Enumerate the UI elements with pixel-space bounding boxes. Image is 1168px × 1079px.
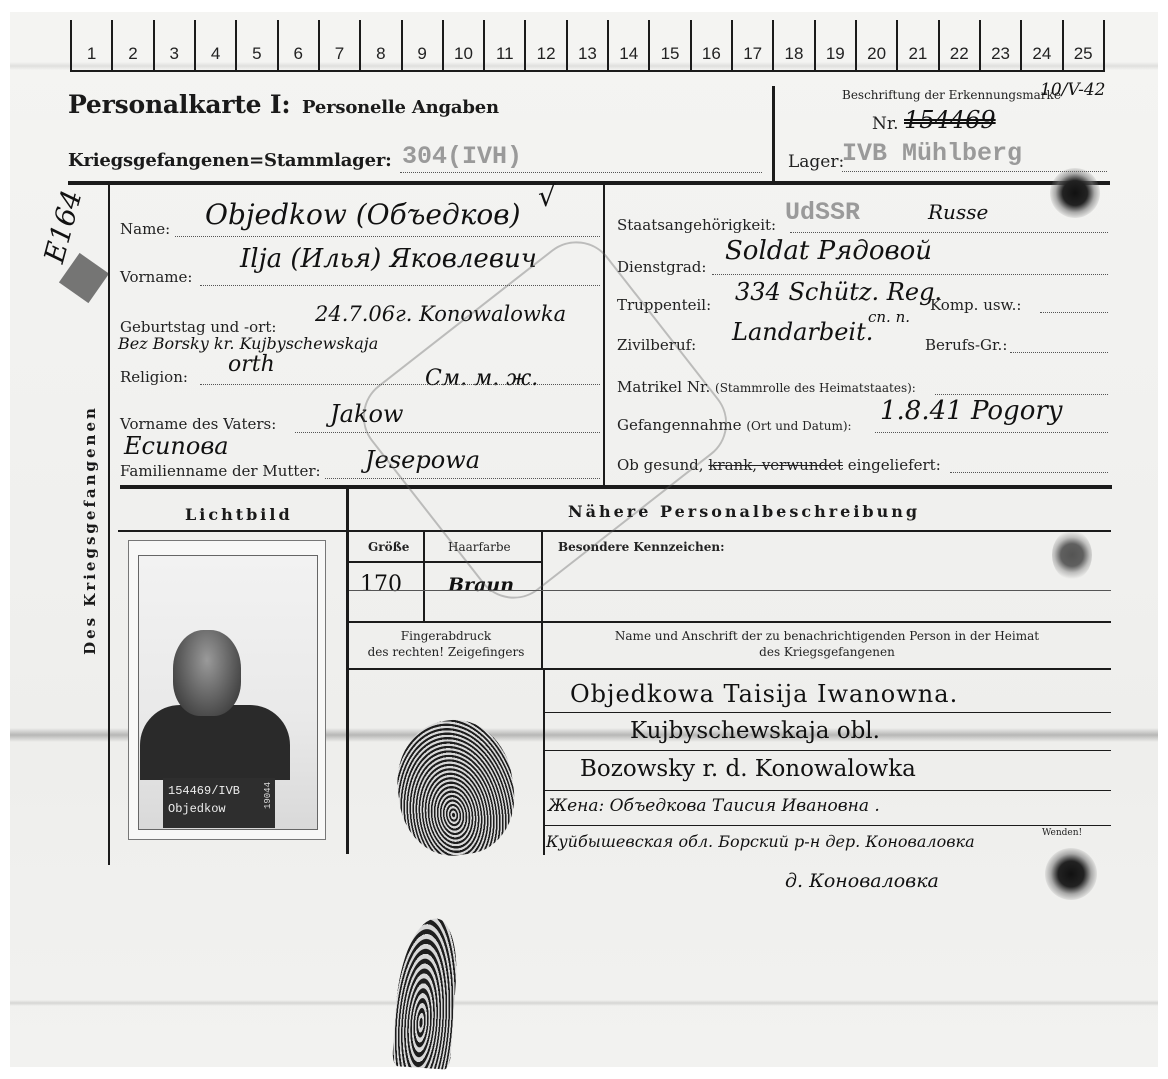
geburt-note: Bez Borsky kr. Kujbyschewskaja (118, 334, 378, 353)
plate-name: Objedkow (168, 800, 270, 818)
contact-line-3: Bozowsky r. d. Konowalowka (580, 756, 916, 782)
name-label: Name: (120, 220, 170, 238)
ruler-cell: 7 (320, 20, 361, 70)
contact-rule (545, 712, 1111, 713)
cell-divider (423, 532, 425, 622)
contact-header-2: des Kriegsgefangenen (543, 644, 1111, 660)
lichtbild-rule (118, 530, 346, 532)
ruler-cell: 23 (981, 20, 1022, 70)
name-value: Objedkow (Объедков) (205, 198, 521, 231)
punch-hole (1050, 168, 1100, 218)
ruler-cell: 2 (113, 20, 154, 70)
dotted-line (1040, 312, 1108, 313)
ruler-cell: 13 (568, 20, 609, 70)
contact-header: Name und Anschrift der zu benachrichtige… (543, 628, 1111, 660)
ruler-cell: 1 (72, 20, 113, 70)
contact-divider (543, 670, 545, 855)
komp-label: Komp. usw.: (930, 296, 1021, 314)
ruler-cell: 6 (279, 20, 320, 70)
staat-stamp: UdSSR (785, 198, 860, 227)
photo-torso (140, 705, 290, 780)
lichtbild-label: Lichtbild (185, 505, 293, 524)
contact-header-1: Name und Anschrift der zu benachrichtige… (543, 628, 1111, 644)
staat-value: Russe (928, 200, 988, 224)
gesund-struck: krank, verwundet (708, 456, 843, 474)
ruler-cell: 21 (898, 20, 939, 70)
staat-label: Staatsangehörigkeit: (617, 216, 776, 234)
religion-value: orth (228, 352, 275, 377)
dotted-line (950, 472, 1108, 473)
photo-nameplate: 154469/IVB Objedkow 19044 (163, 778, 275, 828)
nr-label: Nr. (872, 114, 899, 134)
ruler-cell: 10 (444, 20, 485, 70)
gesund-suffix: eingeliefert: (848, 456, 941, 474)
truppenteil-note: сп. п. (868, 308, 910, 326)
matrikel-sub: (Stammrolle des Heimatstaates): (715, 381, 916, 395)
gefangen-value: 1.8.41 Pogory (880, 396, 1062, 426)
zivilberuf-value: Landarbeit. (732, 318, 873, 346)
card-subtitle: Personelle Angaben (302, 97, 499, 118)
photo-head (173, 630, 241, 716)
gefangen-sub: (Ort und Datum): (746, 419, 851, 433)
cell-rule (349, 590, 1111, 591)
mutter-label: Familienname der Mutter: (120, 462, 321, 480)
finger-label: Fingerabdruck des rechten! Zeigefingers (349, 628, 543, 660)
ruler-cell: 14 (609, 20, 650, 70)
wenden-label: Wenden! (1042, 828, 1082, 838)
stammlager-stamp: 304(IVH) (402, 142, 522, 171)
stammlager-label: Kriegsgefangenen=Stammlager: (68, 150, 392, 171)
erkennungsmarke-label: Beschriftung der Erkennungsmarke (842, 88, 1061, 102)
check-mark: √ (538, 180, 556, 213)
ruler-cell: 4 (196, 20, 237, 70)
ruler-cell: 24 (1022, 20, 1063, 70)
dotted-line (400, 172, 762, 173)
ruler-cell: 9 (403, 20, 444, 70)
groesse-value: 170 (360, 572, 402, 597)
finger-label-2: des rechten! Zeigefingers (349, 644, 543, 660)
plate-side: 19044 (259, 782, 273, 809)
contact-line-2: Kujbyschewskaja obl. (630, 718, 880, 744)
contact-line-6: д. Коноваловка (785, 870, 939, 892)
ruler-cell: 8 (361, 20, 402, 70)
vater-label: Vorname des Vaters: (120, 415, 276, 433)
contact-line-5: Куйбышевская обл. Борский р-н дер. Конов… (546, 832, 975, 851)
lager-stamp: IVB Mühlberg (842, 139, 1022, 168)
contact-rule (545, 790, 1111, 791)
finger-label-1: Fingerabdruck (349, 628, 543, 644)
plate-number: 154469/IVB (168, 782, 270, 800)
section-rule (349, 621, 1111, 623)
ruler-cell: 15 (650, 20, 691, 70)
erkennungsmarke-date: 10/V-42 (1040, 80, 1105, 100)
ruler-cell: 18 (774, 20, 815, 70)
ruler-cell: 20 (857, 20, 898, 70)
mutter-note: Есипова (124, 432, 229, 460)
header-divider (772, 86, 775, 182)
dotted-line (790, 232, 1108, 233)
contact-rule (545, 825, 1111, 826)
dienstgrad-label: Dienstgrad: (617, 258, 706, 276)
dotted-line (875, 432, 1108, 433)
religion-label: Religion: (120, 368, 188, 386)
truppenteil-value: 334 Schütz. Reg. (735, 278, 942, 306)
dienstgrad-value: Soldat Рядовой (725, 236, 932, 266)
berufs-label: Berufs-Gr.: (925, 336, 1007, 354)
groesse-label: Größe (368, 540, 409, 554)
dotted-line (935, 394, 1108, 395)
ruler-cell: 25 (1064, 20, 1105, 70)
ruler-cell: 16 (692, 20, 733, 70)
dotted-line (712, 274, 1108, 275)
ruler-cell: 12 (526, 20, 567, 70)
vorname-value: Ilja (Илья) Яковлевич (240, 244, 537, 274)
lager-label: Lager: (788, 152, 844, 172)
contact-line-4: Жена: Объедкова Таисия Ивановна . (548, 796, 880, 816)
punch-hole (1052, 530, 1092, 580)
left-border (108, 185, 110, 865)
punch-hole (1045, 848, 1097, 900)
ruler-cell: 11 (485, 20, 526, 70)
nr-value: 154469 (904, 106, 996, 134)
section-rule (68, 181, 1110, 185)
side-label: Des Kriegsgefangenen (78, 380, 102, 680)
section-rule (349, 668, 1111, 670)
card-title: Personalkarte I: (68, 90, 290, 119)
column-ruler: 1234567891011121314151617181920212223242… (70, 20, 1105, 72)
ruler-cell: 17 (733, 20, 774, 70)
paper-crease (10, 1000, 1158, 1006)
dotted-line (175, 236, 600, 237)
ruler-cell: 22 (940, 20, 981, 70)
contact-rule (545, 750, 1111, 751)
vorname-label: Vorname: (120, 268, 192, 286)
ruler-cell: 5 (237, 20, 278, 70)
photo-divider (346, 489, 349, 854)
contact-line-1: Objedkowa Taisija Iwanowna. (570, 680, 958, 708)
ruler-cell: 3 (155, 20, 196, 70)
dotted-line (1010, 352, 1108, 353)
ruler-cell: 19 (816, 20, 857, 70)
